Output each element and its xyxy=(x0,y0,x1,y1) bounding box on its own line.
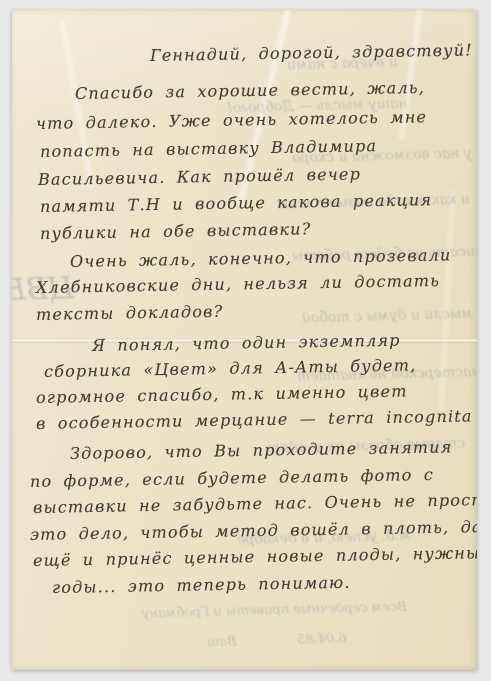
letter-line: годы... это теперь понимаю. xyxy=(52,573,351,597)
fold-crease-diagonal xyxy=(57,20,96,189)
letter-line: Геннадий, дорогой, здравствуй! xyxy=(150,40,473,65)
bleedthrough-fragment: 6.04.85 xyxy=(297,631,347,647)
bleedthrough-fragment: Всем сердечные приветы и Гробману xyxy=(142,600,407,622)
letter-line: Хлебниковские дни, нельзя ли достать xyxy=(36,271,440,297)
letter-line: Очень жаль, конечно, что прозевали xyxy=(70,245,452,271)
letter-line: выставки не забудьте нас. Очень не прост… xyxy=(33,490,477,517)
letter-line: памяти Т.Н и вообще какова реакция xyxy=(40,190,433,216)
letter-line: ещё и принёс ценные новые плоды, нужны xyxy=(33,543,477,570)
letter-paper: и вчера с наминашу мысль — Доброго!у нас… xyxy=(12,10,477,670)
letter-line: что далеко. Уже очень хотелось мне xyxy=(36,107,427,133)
letter-line: по форме, если будете делать фото с xyxy=(30,465,434,491)
letter-line: публики на обе выставки? xyxy=(40,219,312,243)
letter-line: огромное спасибо, т.к именно цвет xyxy=(36,382,408,407)
letter-line: Я понял, что один экземпляр xyxy=(92,331,401,355)
bleedthrough-fragment: Ваш xyxy=(207,635,237,651)
letter-line: Здорово, что Вы проходите занятия xyxy=(70,437,453,463)
photo-of-letter: и вчера с наминашу мысль — Доброго!у нас… xyxy=(0,0,491,681)
letter-line: тексты докладов? xyxy=(36,302,224,324)
letter-line: в особенности мерцание — terra incognita xyxy=(36,406,473,433)
